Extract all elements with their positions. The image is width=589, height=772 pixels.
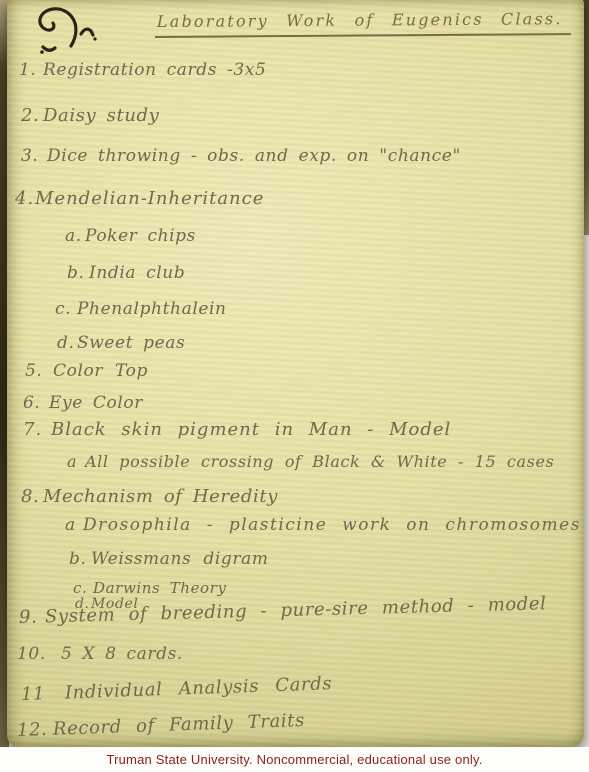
- item-text: Color Top: [53, 361, 148, 381]
- item-number: d.: [57, 333, 77, 353]
- item-text: Black skin pigment in Man - Model: [51, 419, 451, 440]
- item-text: Dice throwing - obs. and exp. on "chance…: [47, 146, 461, 166]
- item-text: 5 X 8 cards.: [61, 644, 183, 664]
- item-number: 10.: [17, 644, 61, 664]
- list-item: a.Poker chips: [65, 226, 196, 246]
- list-item: 10.5 X 8 cards.: [17, 644, 183, 664]
- item-number: 7.: [23, 419, 51, 440]
- scanned-document-page: { "document": { "title": "Laboratory Wor…: [0, 0, 589, 772]
- list-item: aAll possible crossing of Black & White …: [67, 452, 554, 471]
- list-item: c.Phenalphthalein: [55, 299, 227, 319]
- list-item: 4.Mendelian-Inheritance: [15, 188, 264, 209]
- item-text: Individual Analysis Cards: [65, 673, 333, 703]
- item-number: c.: [73, 579, 93, 597]
- list-item: 6.Eye Color: [23, 393, 143, 413]
- list-item: 7.Black skin pigment in Man - Model: [23, 419, 451, 440]
- item-number: 8.: [21, 486, 43, 507]
- list-item: 1.Registration cards -3x5: [19, 60, 266, 80]
- item-number: a: [67, 452, 85, 471]
- list-item: d.Sweet peas: [57, 333, 185, 353]
- list-item: 3.Dice throwing - obs. and exp. on "chan…: [21, 146, 461, 166]
- page-title: Laboratory Work of Eugenics Class.: [155, 9, 571, 38]
- item-number: 9.: [19, 606, 46, 628]
- ink-scribble-icon: [29, 2, 99, 56]
- attribution-bar: Truman State University. Noncommercial, …: [0, 747, 589, 772]
- item-number: 1.: [19, 60, 43, 80]
- item-text: Poker chips: [85, 226, 196, 246]
- item-text: Darwins Theory: [93, 579, 227, 597]
- item-number: 12.: [17, 719, 54, 741]
- item-number: 5.: [25, 361, 53, 381]
- item-text: Mechanism of Heredity: [43, 486, 278, 507]
- item-text: Drosophila - plasticine work on chromoso…: [83, 515, 581, 535]
- item-number: a.: [65, 226, 85, 246]
- item-number: 2.: [21, 105, 43, 126]
- item-text: Sweet peas: [77, 333, 185, 353]
- item-text: Record of Family Traits: [53, 710, 306, 740]
- list-item: c.Darwins Theory: [73, 579, 227, 597]
- item-text: Daisy study: [43, 105, 159, 126]
- list-item: b.India club: [67, 263, 185, 283]
- item-number: 6.: [23, 393, 49, 413]
- list-item: 2.Daisy study: [21, 105, 159, 126]
- list-item: 8.Mechanism of Heredity: [21, 486, 278, 507]
- item-number: a: [65, 515, 83, 535]
- paper-sheet: Laboratory Work of Eugenics Class. 1.Reg…: [7, 0, 584, 747]
- item-text: Mendelian-Inheritance: [35, 188, 264, 209]
- item-number: c.: [55, 299, 77, 319]
- item-text: Phenalphthalein: [77, 299, 227, 319]
- item-number: 11: [21, 682, 66, 705]
- item-number: b.: [67, 263, 89, 283]
- item-text: Weissmans digram: [91, 549, 269, 569]
- item-number: 4.: [15, 188, 35, 209]
- list-item: 11Individual Analysis Cards: [21, 673, 333, 705]
- list-item: 12.Record of Family Traits: [17, 710, 306, 741]
- item-text: India club: [89, 263, 185, 283]
- attribution-text: Truman State University. Noncommercial, …: [106, 752, 482, 767]
- list-item: b.Weissmans digram: [69, 549, 269, 569]
- item-text: Eye Color: [49, 393, 143, 413]
- item-number: 3.: [21, 146, 47, 166]
- item-text: Registration cards -3x5: [43, 60, 266, 80]
- item-number: b.: [69, 549, 91, 569]
- list-item: 5.Color Top: [25, 361, 148, 381]
- item-text: All possible crossing of Black & White -…: [85, 452, 554, 471]
- list-item: aDrosophila - plasticine work on chromos…: [65, 515, 581, 535]
